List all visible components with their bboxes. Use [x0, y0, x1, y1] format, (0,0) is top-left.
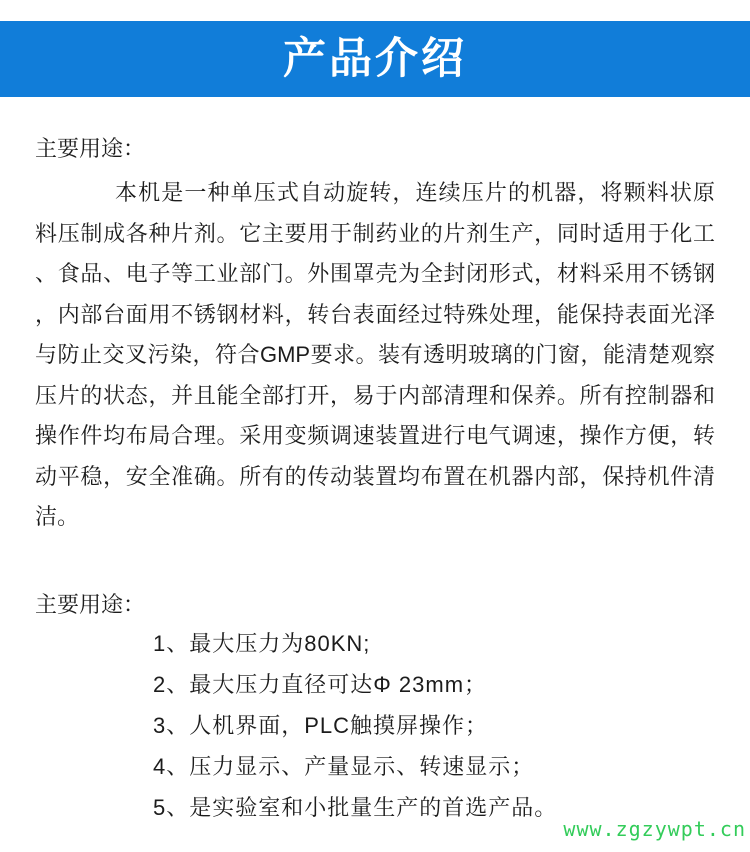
product-description-paragraph: 本机是一种单压式自动旋转，连续压片的机器，将颗料状原 料压制成各种片剂。它主要用…: [35, 180, 715, 545]
title-banner: 产品介绍: [0, 21, 750, 97]
paragraph-line: 压片的状态，并且能全部打开，易于内部清理和保养。所有控制器和: [35, 383, 715, 424]
paragraph-line: 本机是一种单压式自动旋转，连续压片的机器，将颗料状原: [35, 180, 715, 221]
page-title: 产品介绍: [283, 38, 467, 81]
feature-item: 2、最大压力直径可达Φ 23mm；: [153, 672, 713, 713]
paragraph-line: 动平稳，安全准确。所有的传动装置均布置在机器内部，保持机件清: [35, 464, 715, 505]
section-label-features: 主要用途：: [35, 592, 145, 618]
feature-item: 1、最大压力为80KN;: [153, 631, 713, 672]
paragraph-line: 料压制成各种片剂。它主要用于制药业的片剂生产，同时适用于化工: [35, 221, 715, 262]
paragraph-line: 、食品、电子等工业部门。外围罩壳为全封闭形式，材料采用不锈钢: [35, 261, 715, 302]
paragraph-line: 洁。: [35, 504, 715, 545]
paragraph-line: ，内部台面用不锈钢材料，转台表面经过特殊处理，能保持表面光泽: [35, 302, 715, 343]
paragraph-line: 与防止交叉污染，符合GMP要求。装有透明玻璃的门窗，能清楚观察: [35, 342, 715, 383]
paragraph-line: 操作件均布局合理。采用变频调速装置进行电气调速，操作方便，转: [35, 423, 715, 464]
feature-item: 3、人机界面，PLC触摸屏操作；: [153, 713, 713, 754]
features-list: 1、最大压力为80KN; 2、最大压力直径可达Φ 23mm； 3、人机界面，PL…: [153, 631, 713, 836]
section-label-main-use: 主要用途：: [35, 136, 145, 162]
watermark-text: www.zgzywpt.cn: [563, 817, 746, 841]
feature-item: 4、压力显示、产量显示、转速显示；: [153, 754, 713, 795]
product-intro-page: 产品介绍 主要用途： 本机是一种单压式自动旋转，连续压片的机器，将颗料状原 料压…: [0, 0, 750, 852]
